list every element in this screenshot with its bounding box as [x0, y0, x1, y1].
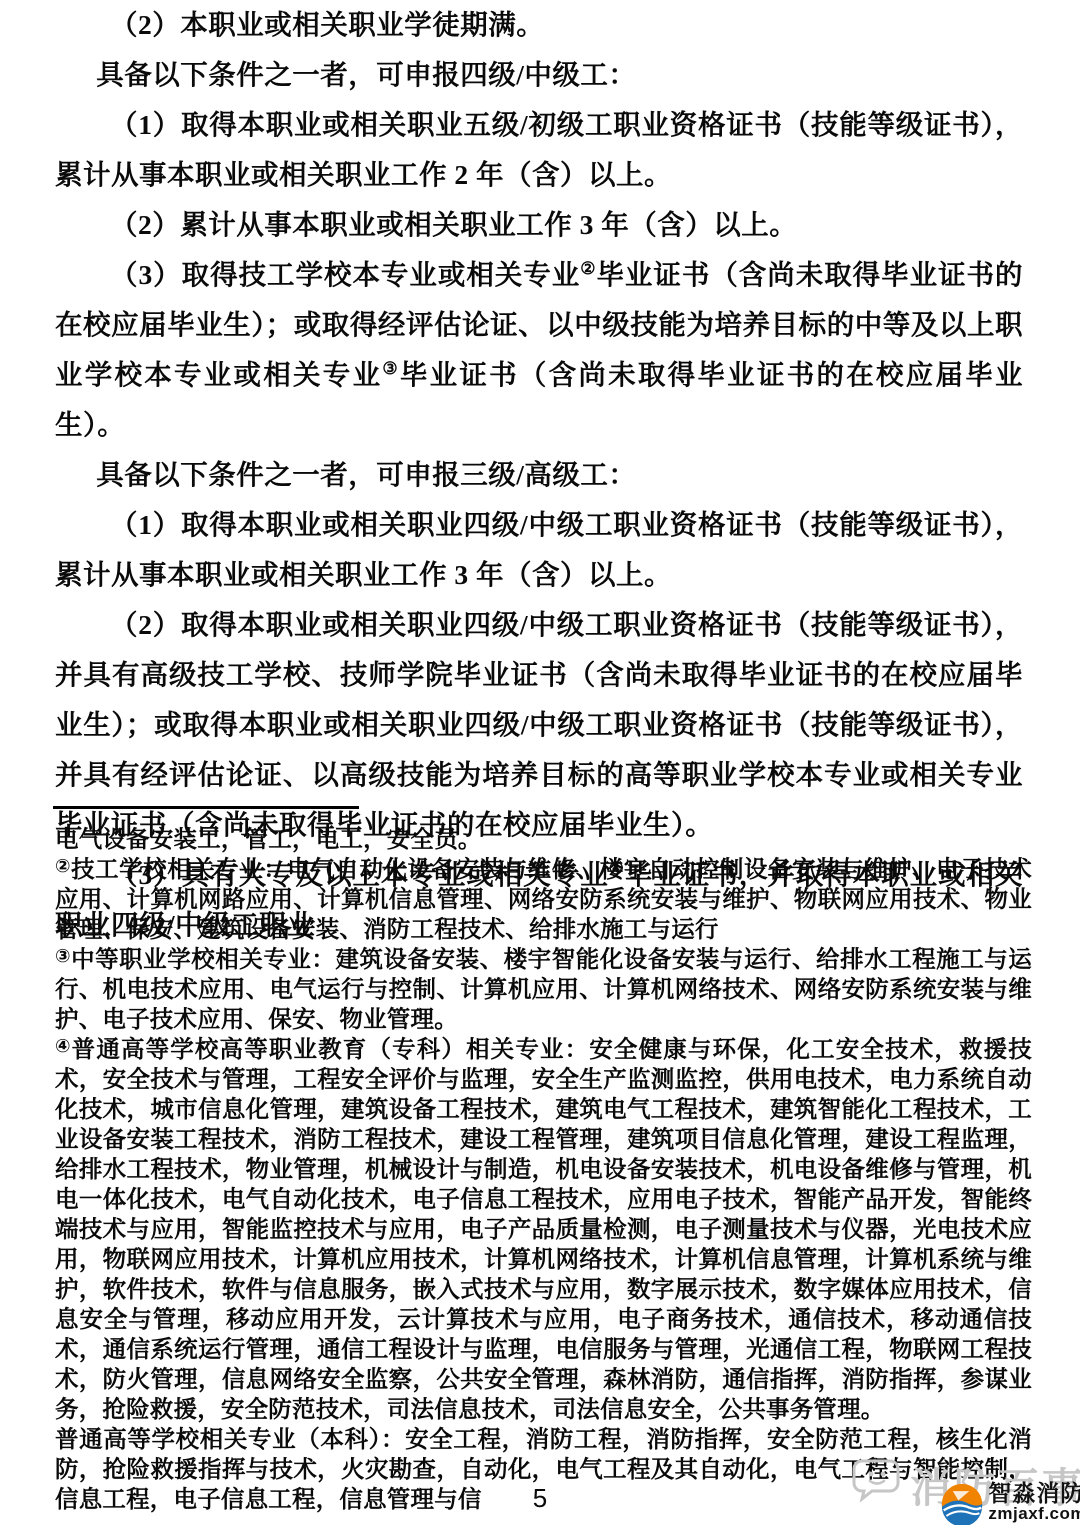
brand-logo-text: 智淼消防 zmjaxf.com [988, 1482, 1080, 1523]
zhimiao-logo-icon [940, 1482, 984, 1525]
footnote-1: 电气设备安装工，管工，电工，安全员。 [55, 824, 1032, 854]
chat-bubble-icon [852, 1458, 904, 1512]
footnote-ref-2-icon: ② [580, 259, 596, 278]
brand-logo: 智淼消防 zmjaxf.com [940, 1482, 1080, 1525]
paragraph: 具备以下条件之一者，可申报四级/中级工： [55, 50, 1023, 100]
paragraph: （3）取得技工学校本专业或相关专业②毕业证书（含尚未取得毕业证书的在校应届毕业生… [55, 250, 1023, 450]
footnote-marker-2-icon: ② [55, 855, 71, 876]
footnote-4: ④普通高等学校高等职业教育（专科）相关专业：安全健康与环保，化工安全技术，救援技… [55, 1034, 1032, 1424]
document-page: （2）本职业或相关职业学徒期满。 具备以下条件之一者，可申报四级/中级工： （1… [0, 0, 1080, 1525]
paragraph-text: （1）取得本职业或相关职业四级/中级工职业资格证书（技能等级证书），累计从事本职… [55, 509, 1023, 590]
paragraph: （1）取得本职业或相关职业五级/初级工职业资格证书（技能等级证书），累计从事本职… [55, 100, 1023, 200]
brand-url: zmjaxf.com [988, 1505, 1080, 1522]
footnote-marker-4-icon: ④ [55, 1035, 72, 1056]
footnote-3: ③中等职业学校相关专业：建筑设备安装、楼宇智能化设备安装与运行、给排水工程施工与… [55, 944, 1032, 1034]
footnote-2: ②技工学校相关专业：电气自动化设备安装与维修、楼宇自动控制设备安装与维护、电子技… [55, 854, 1032, 944]
footnote-divider [53, 806, 359, 809]
paragraph-text: （2）累计从事本职业或相关职业工作 3 年（含）以上。 [110, 209, 797, 240]
paragraph: （2）取得本职业或相关职业四级/中级工职业资格证书（技能等级证书），并具有高级技… [55, 600, 1023, 850]
footnote-ref-3-icon: ③ [382, 359, 400, 378]
paragraph-text: （2）本职业或相关职业学徒期满。 [110, 9, 544, 40]
paragraph: （1）取得本职业或相关职业四级/中级工职业资格证书（技能等级证书），累计从事本职… [55, 500, 1023, 600]
footnote-text: 普通高等学校高等职业教育（专科）相关专业：安全健康与环保，化工安全技术，救援技术… [55, 1036, 1032, 1422]
footnote-text: 中等职业学校相关专业：建筑设备安装、楼宇智能化设备安装与运行、给排水工程施工与运… [55, 946, 1032, 1032]
footnote-marker-3-icon: ③ [55, 945, 71, 966]
paragraph-text: （3）取得技工学校本专业或相关专业 [110, 259, 580, 290]
paragraph: （2）累计从事本职业或相关职业工作 3 年（含）以上。 [55, 200, 1023, 250]
paragraph: （2）本职业或相关职业学徒期满。 [55, 0, 1023, 50]
footnote-text: 电气设备安装工，管工，电工，安全员。 [55, 826, 482, 852]
paragraph-text: 具备以下条件之一者，可申报三级/高级工： [96, 459, 636, 490]
paragraph-text: （1）取得本职业或相关职业五级/初级工职业资格证书（技能等级证书），累计从事本职… [55, 109, 1023, 190]
paragraph-text: 具备以下条件之一者，可申报四级/中级工： [96, 59, 636, 90]
footnote-text: 技工学校相关专业：电气自动化设备安装与维修、楼宇自动控制设备安装与维护、电子技术… [55, 856, 1032, 942]
brand-name: 智淼消防 [988, 1482, 1080, 1505]
paragraph: 具备以下条件之一者，可申报三级/高级工： [55, 450, 1023, 500]
footnotes: 电气设备安装工，管工，电工，安全员。 ②技工学校相关专业：电气自动化设备安装与维… [55, 824, 1032, 1514]
